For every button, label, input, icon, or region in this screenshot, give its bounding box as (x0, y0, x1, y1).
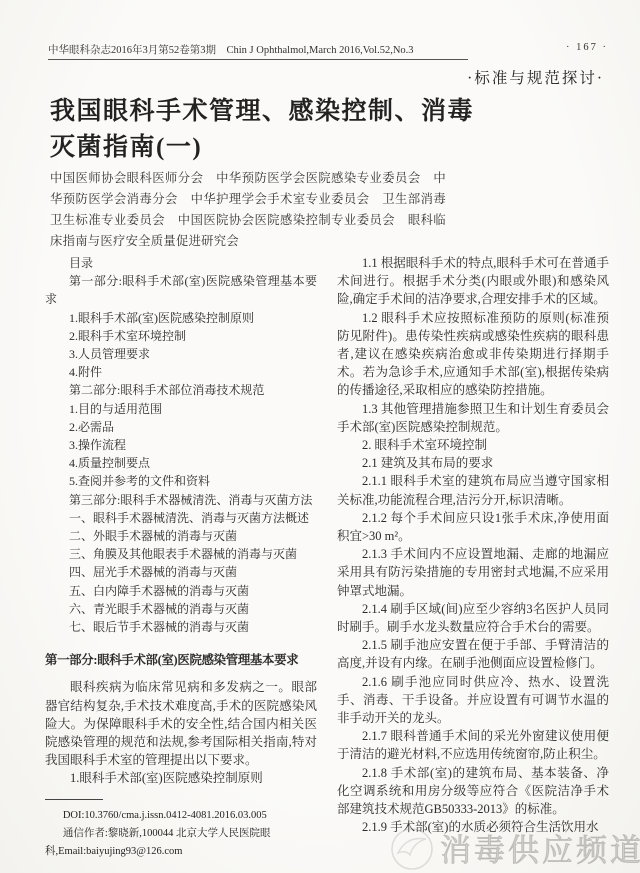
body-paragraph: 2.1.1 眼科手术室的建筑布局应当遵守国家相关标准,功能流程合理,洁污分开,标… (337, 472, 609, 508)
left-column: 目录第一部分:眼科手术部(室)医院感染管理基本要求1.眼科手术部(室)医院感染控… (45, 254, 317, 873)
correspondence-line: 通信作者:黎晓新,100044 北京大学人民医院眼科,Email:baiyuji… (45, 825, 317, 861)
body-paragraph: 2.1.8 手术部(室)的建筑布局、基本装备、净化空调系统和用房分级等应符合《医… (337, 764, 609, 819)
body-paragraph: 2.1.7 眼科普通手术间的采光外窗建议使用便于清洁的避光材料,不应选用传统窗帘… (337, 727, 609, 763)
column-section-tag: ·标准与规范探讨· (467, 66, 604, 88)
toc-item: 五、白内障手术器械的消毒与灭菌 (45, 582, 317, 600)
left-paragraphs: 眼科疾病为临床常见病和多发病之一。眼部器官结构复杂,手术技术难度高,手术的医院感… (45, 678, 317, 787)
toc-item: 1.眼科手术部(室)医院感染控制原则 (45, 309, 317, 327)
body-paragraph: 1.2 眼科手术应按照标准预防的原则(标准预防见附件)。患传染性疾病或感染性疾病… (337, 309, 609, 400)
toc-item: 一、眼科手术器械清洗、消毒与灭菌方法概述 (45, 509, 317, 527)
toc-item: 六、青光眼手术器械的消毒与灭菌 (45, 600, 317, 618)
toc-item: 5.查阅并参考的文件和资料 (45, 472, 317, 490)
toc-item: 3.人员管理要求 (45, 345, 317, 363)
toc-item: 三、角膜及其他眼表手术器械的消毒与灭菌 (45, 545, 317, 563)
scanned-journal-page: 中华眼科杂志2016年3月第52卷第3期 Chin J Ophthalmol,M… (0, 0, 640, 873)
toc-item: 二、外眼手术器械的消毒与灭菌 (45, 527, 317, 545)
article-body: 目录第一部分:眼科手术部(室)医院感染管理基本要求1.眼科手术部(室)医院感染控… (45, 254, 609, 873)
toc-item: 第三部分:眼科手术器械清洗、消毒与灭菌方法 (45, 491, 317, 509)
toc-item: 1.目的与适用范围 (45, 400, 317, 418)
toc-item: 第一部分:眼科手术部(室)医院感染管理基本要求 (45, 272, 317, 308)
article-title: 我国眼科手术管理、感染控制、消毒灭菌指南(一) (50, 94, 486, 166)
body-paragraph: 2.1.5 刷手池应安置在便于手部、手臂清洁的高度,并设有内缘。在刷手池侧面应设… (337, 636, 609, 672)
body-paragraph: 2.1.4 刷手区域(间)应至少容纳3名医护人员同时刷手。刷手水龙头数量应符合手… (337, 600, 609, 636)
toc-item: 2.必需品 (45, 418, 317, 436)
footnote-divider (45, 799, 103, 800)
journal-citation: 中华眼科杂志2016年3月第52卷第3期 Chin J Ophthalmol,M… (48, 42, 468, 60)
body-paragraph: 2.1.6 刷手池应同时供应冷、热水、设置洗手、消毒、干手设备。并应设置有可调节… (337, 673, 609, 728)
section-heading: 第一部分:眼科手术部(室)医院感染管理基本要求 (45, 651, 317, 669)
page-header: 中华眼科杂志2016年3月第52卷第3期 Chin J Ophthalmol,M… (48, 42, 608, 63)
toc-item: 第二部分:眼科手术部位消毒技术规范 (45, 381, 317, 399)
toc-item: 七、眼后节手术器械的消毒与灭菌 (45, 618, 317, 636)
body-paragraph: 1.3 其他管理措施参照卫生和计划生育委员会手术部(室)医院感染控制规范。 (337, 400, 609, 436)
footnote-block: DOI:10.3760/cma.j.issn.0412-4081.2016.03… (45, 799, 317, 861)
body-paragraph: 2.1.2 每个手术间应只设1张手术床,净使用面积宜>30 m²。 (337, 509, 609, 545)
toc-item: 4.附件 (45, 363, 317, 381)
body-paragraph: 1.眼科手术部(室)医院感染控制原则 (45, 769, 317, 787)
author-organizations: 中国医师协会眼科医师分会 中华预防医学会医院感染专业委员会 中华预防医学会消毒分… (50, 168, 446, 252)
body-paragraph: 眼科疾病为临床常见病和多发病之一。眼部器官结构复杂,手术技术难度高,手术的医院感… (45, 678, 317, 769)
body-paragraph: 2.1.3 手术间内不应设置地漏、走廊的地漏应采用具有防污染措施的专用密封式地漏… (337, 545, 609, 600)
body-paragraph: 2.1.9 手术部(室)的水质必须符合生活饮用水 (337, 818, 609, 836)
toc-item: 3.操作流程 (45, 436, 317, 454)
toc-item: 2.眼科手术室环境控制 (45, 327, 317, 345)
body-paragraph: 1.1 根据眼科手术的特点,眼科手术可在普通手术间进行。根据手术分类(内眼或外眼… (337, 254, 609, 309)
right-column: 1.1 根据眼科手术的特点,眼科手术可在普通手术间进行。根据手术分类(内眼或外眼… (337, 254, 609, 873)
page-number: · 167 · (566, 42, 608, 53)
body-paragraph: 2.1 建筑及其布局的要求 (337, 454, 609, 472)
table-of-contents: 目录第一部分:眼科手术部(室)医院感染管理基本要求1.眼科手术部(室)医院感染控… (45, 254, 317, 636)
body-paragraph: 2. 眼科手术室环境控制 (337, 436, 609, 454)
toc-item: 目录 (45, 254, 317, 272)
toc-item: 四、屈光手术器械的消毒与灭菌 (45, 563, 317, 581)
toc-item: 4.质量控制要点 (45, 454, 317, 472)
doi-line: DOI:10.3760/cma.j.issn.0412-4081.2016.03… (45, 807, 317, 825)
